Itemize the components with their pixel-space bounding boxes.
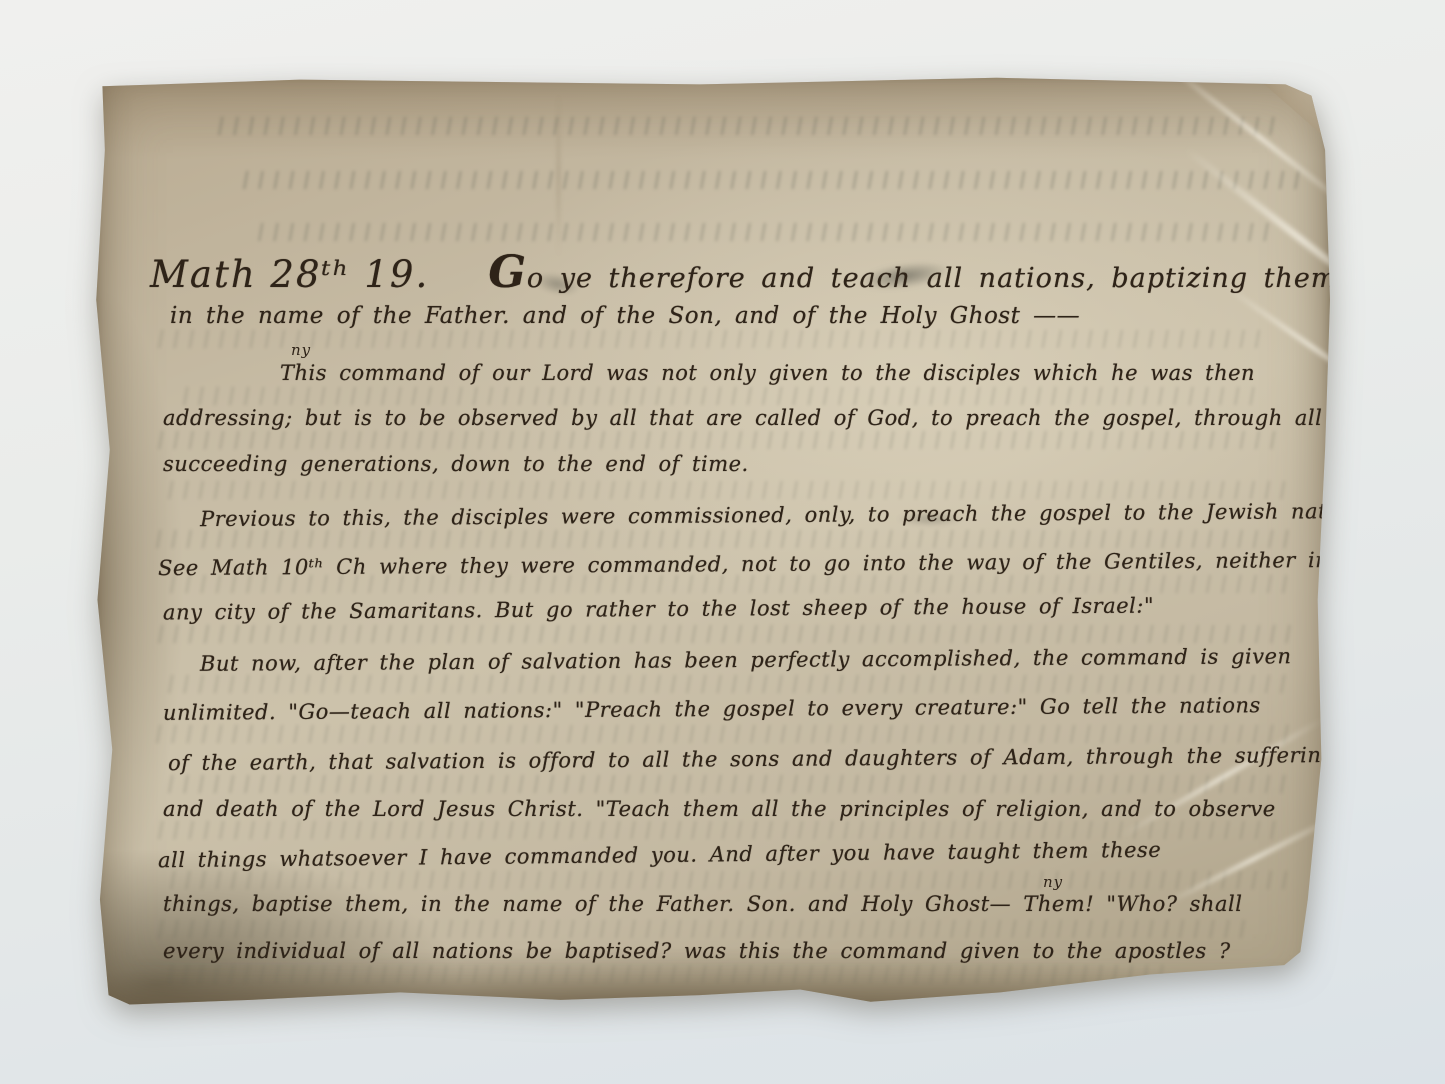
manuscript-line: things, baptise them, in the name of the… <box>163 892 1242 916</box>
manuscript-line: and death of the Lord Jesus Christ. "Tea… <box>163 797 1276 821</box>
bleedthrough-line <box>180 387 1260 405</box>
bleedthrough-line <box>165 965 1175 983</box>
bleedthrough-line <box>240 171 1305 189</box>
manuscript-line: But now, after the plan of salvation has… <box>200 644 1292 676</box>
opening-verse-text: Go ye therefore and teach all nations, b… <box>488 247 1337 298</box>
bleedthrough-line <box>155 821 1285 839</box>
bleedthrough-line <box>165 675 1295 693</box>
manuscript-line: Previous to this, the disciples were com… <box>200 499 1369 531</box>
heading-line: Math 28ᵗʰ 19. Go ye therefore and teach … <box>150 247 1337 298</box>
bleedthrough-line <box>153 530 1298 548</box>
paper-shadow-wrap: Math 28ᵗʰ 19. Go ye therefore and teach … <box>0 0 1445 1084</box>
bleedthrough-line <box>155 625 1295 643</box>
insertion-mark: ny <box>1043 873 1063 891</box>
manuscript-line: every individual of all nations be bapti… <box>163 939 1231 963</box>
manuscript-line: of the earth, that salvation is offord t… <box>168 743 1347 775</box>
bleedthrough-line <box>155 330 1265 348</box>
manuscript-line: all things whatsoever I have commanded y… <box>158 838 1161 873</box>
manuscript-line: in the name of the Father. and of the So… <box>170 303 1080 329</box>
bleedthrough-line <box>153 725 1293 743</box>
manuscript-line: addressing; but is to be observed by all… <box>163 406 1322 430</box>
bleedthrough-line <box>215 117 1275 135</box>
bleedthrough-line <box>167 871 1287 889</box>
crease-highlight <box>1160 59 1360 217</box>
manuscript-line: succeeding generations, down to the end … <box>163 452 749 476</box>
bleedthrough-line <box>155 431 1280 449</box>
vertical-fold-line <box>557 93 560 258</box>
manuscript-line: unlimited. "Go—teach all nations:" "Prea… <box>163 693 1261 725</box>
bleedthrough-line <box>165 775 1290 793</box>
insertion-mark: ny <box>291 341 311 359</box>
manuscript-line: This command of our Lord was not only gi… <box>280 361 1255 385</box>
photo-backdrop: Math 28ᵗʰ 19. Go ye therefore and teach … <box>0 0 1445 1084</box>
bleedthrough-line <box>255 223 1275 241</box>
scripture-citation: Math 28ᵗʰ 19. <box>150 253 429 296</box>
manuscript-paper-sheet: Math 28ᵗʰ 19. Go ye therefore and teach … <box>95 75 1330 1012</box>
bleedthrough-line <box>165 481 1285 499</box>
manuscript-line: any city of the Samaritans. But go rathe… <box>163 594 1154 625</box>
bleedthrough-line <box>155 920 1255 938</box>
